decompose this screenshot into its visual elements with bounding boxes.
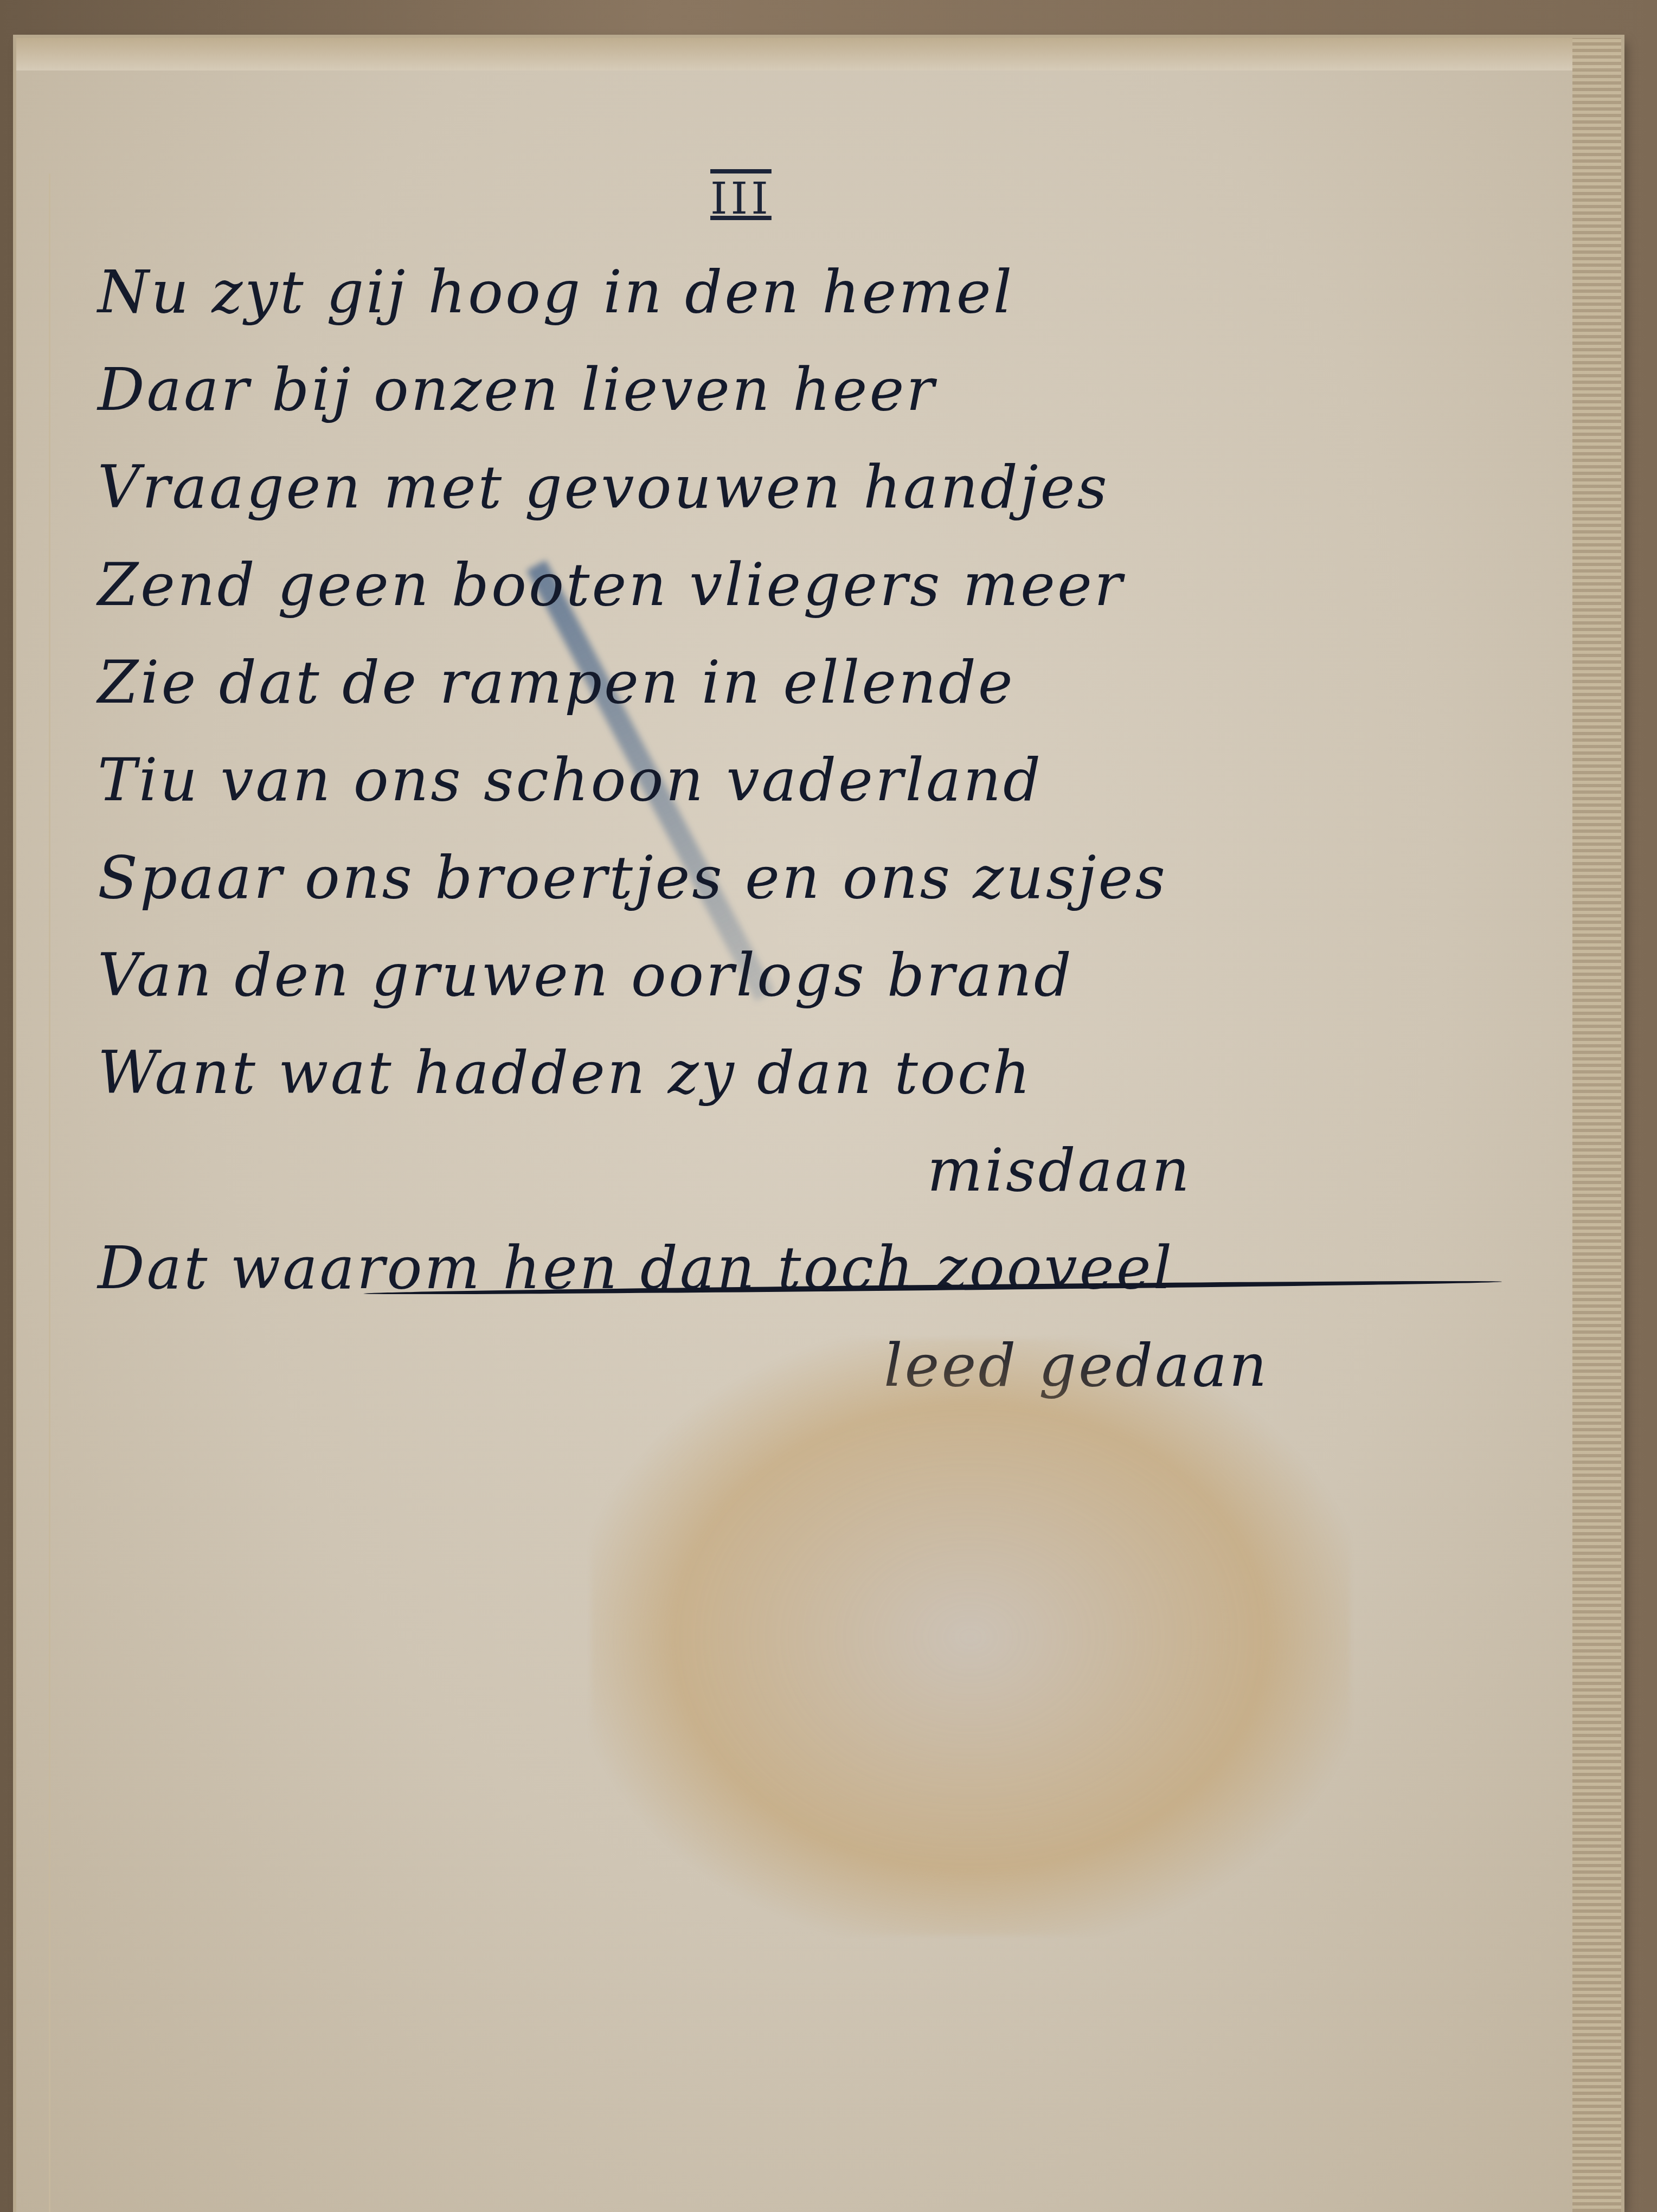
page-number: III [710,173,772,224]
poem-line: Nu zyt gij hoog in den hemel [98,244,1562,342]
poem-line: Van den gruwen oorlogs brand [98,927,1562,1025]
poem-line: Vraagen met gevouwen handjes [98,439,1562,537]
poem-line: Spaar ons broertjes en ons zusjes [98,829,1562,927]
book-spine-binding [1572,38,1621,2212]
poem-text: Nu zyt gij hoog in den hemel Daar bij on… [98,244,1562,1415]
water-stain [591,1339,1350,1935]
poem-line: Zie dat de rampen in ellende [98,634,1562,732]
torn-top-edge [16,38,1621,70]
poem-line-continuation: misdaan [98,1122,1562,1220]
poem-line: Want wat hadden zy dan toch [98,1025,1562,1122]
poem-line: Dat waarom hen dan toch zooveel [98,1220,1562,1317]
poem-line: Zend geen booten vliegers meer [98,537,1562,634]
paper-page: III Nu zyt gij hoog in den hemel Daar bi… [16,38,1621,2212]
poem-line: Tiu van ons schoon vaderland [98,732,1562,829]
poem-line: Daar bij onzen lieven heer [98,342,1562,439]
